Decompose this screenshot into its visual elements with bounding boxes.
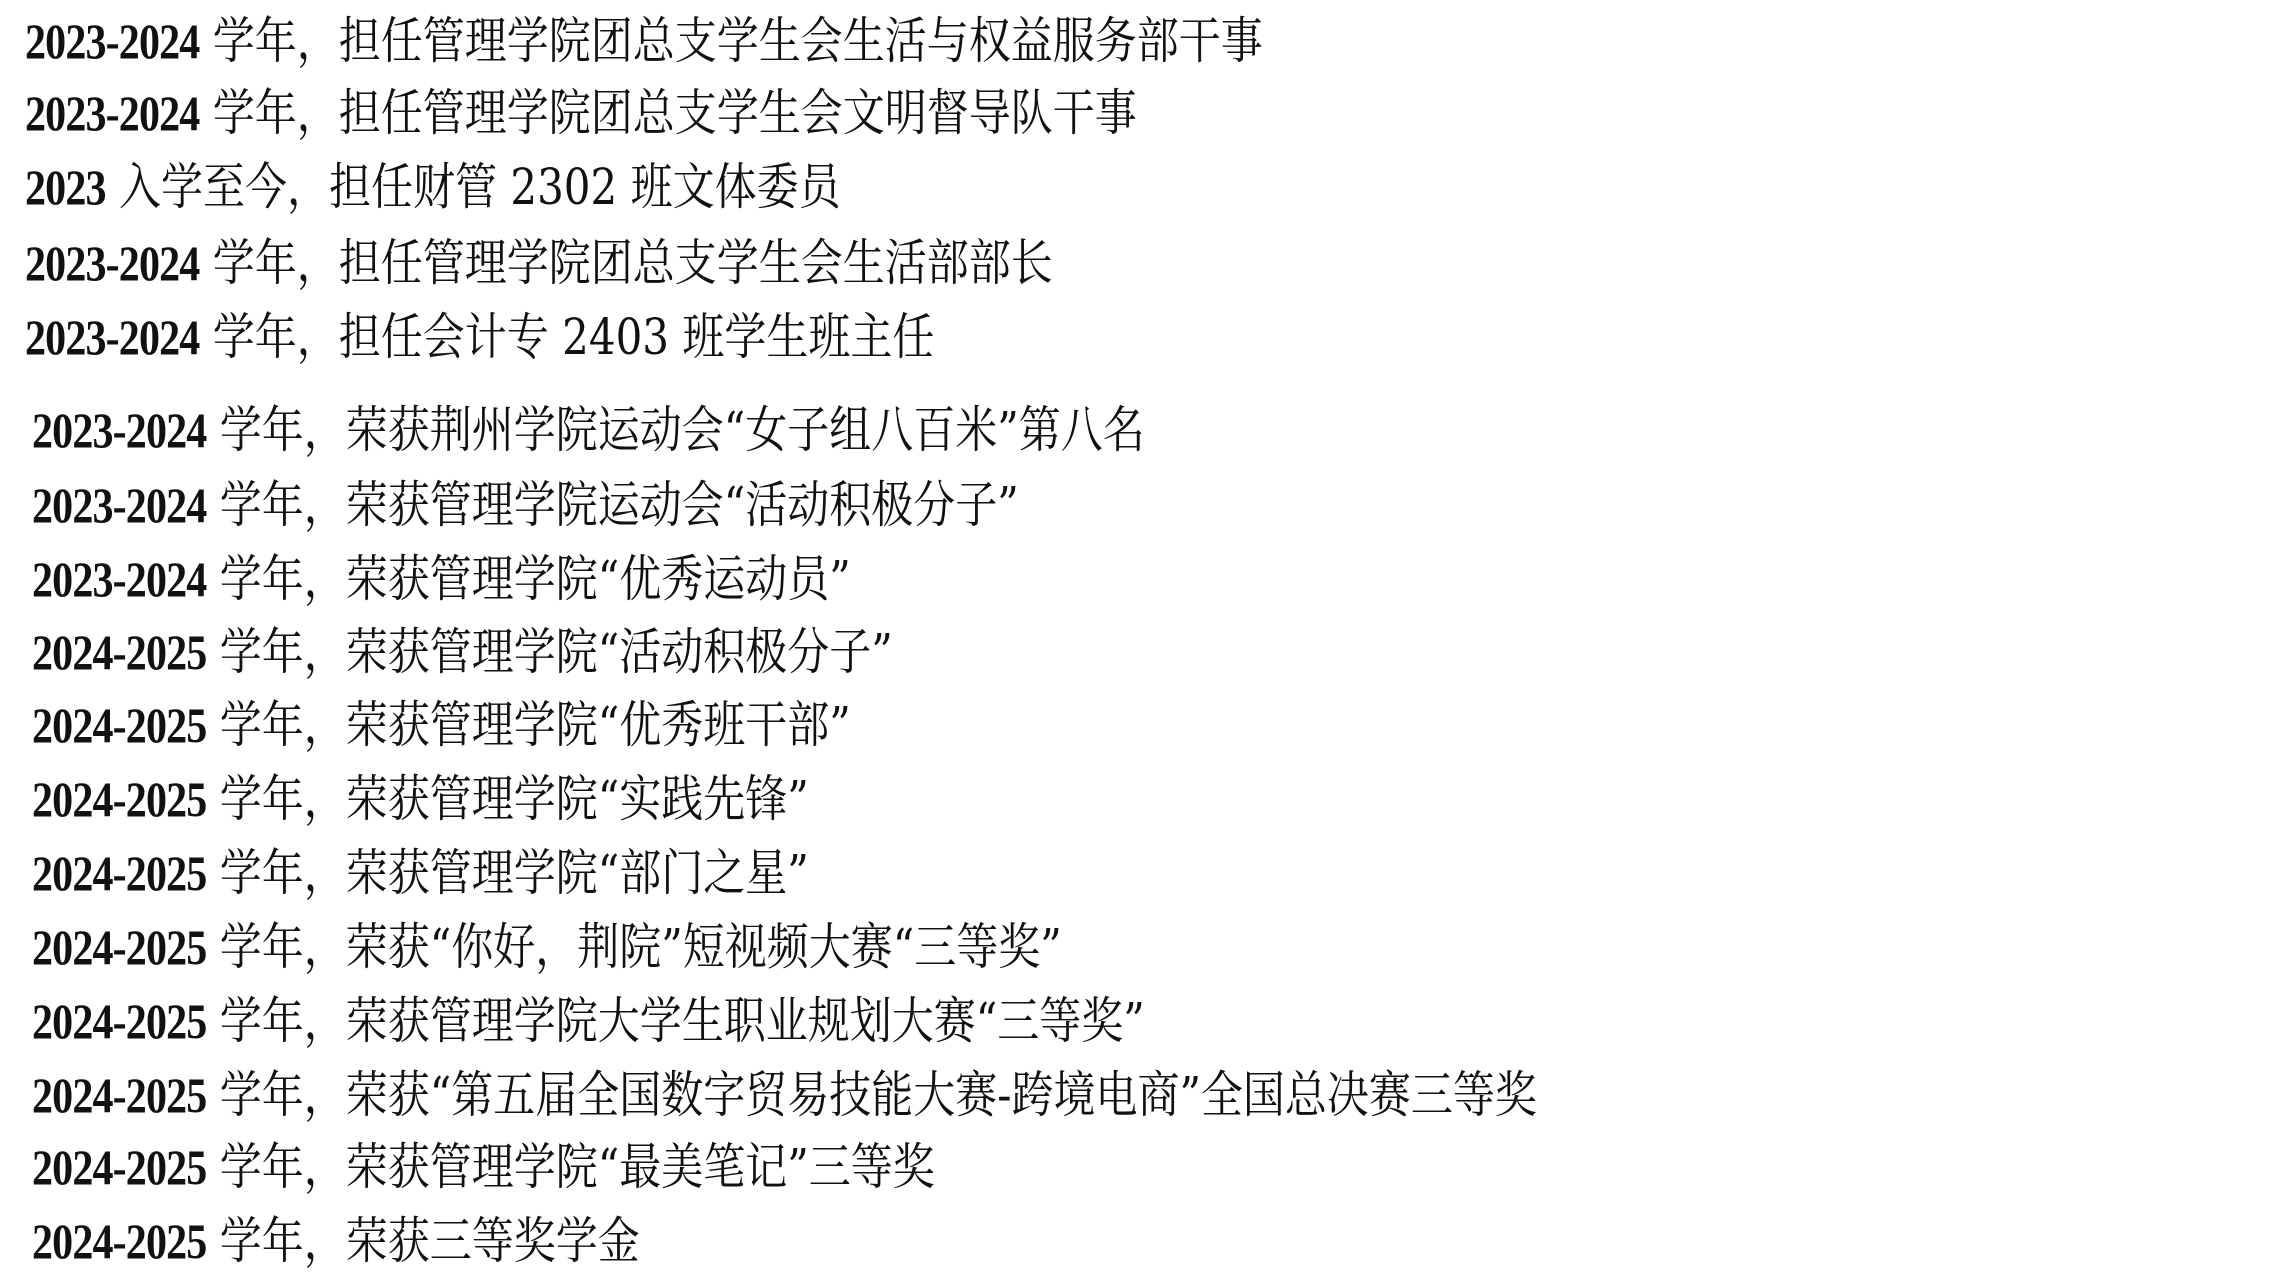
- position-text: 学年，担任管理学院团总支学生会生活部部长: [213, 234, 1053, 292]
- academic-year: 2023: [25, 159, 106, 215]
- position-text: 入学至今，担任财管 2302 班文体委员: [119, 158, 841, 216]
- academic-year: 2024-2025: [32, 697, 206, 753]
- academic-year: 2024-2025: [32, 771, 206, 827]
- position-text: 学年，担任会计专 2403 班学生班主任: [213, 308, 935, 366]
- honor-text: 学年，荣获三等奖学金: [220, 1212, 640, 1270]
- honor-text: 学年，荣获管理学院大学生职业规划大赛“三等奖”: [220, 992, 1145, 1050]
- honor-text: 学年，荣获荆州学院运动会“女子组八百米”第八名: [220, 401, 1145, 459]
- honor-line: 2024-2025 学年，荣获管理学院“活动积极分子”: [32, 622, 893, 682]
- academic-year: 2023-2024: [32, 551, 206, 607]
- honor-line: 2023-2024 学年，荣获管理学院“优秀运动员”: [32, 549, 851, 609]
- academic-year: 2024-2025: [32, 993, 206, 1049]
- honor-text: 学年，荣获管理学院“最美笔记”三等奖: [220, 1138, 935, 1196]
- position-line: 2023-2024 学年，担任管理学院团总支学生会生活部部长: [25, 233, 1053, 293]
- position-line: 2023-2024 学年，担任管理学院团总支学生会文明督导队干事: [25, 83, 1137, 143]
- academic-year: 2023-2024: [32, 477, 206, 533]
- document-page: 2023-2024 学年，担任管理学院团总支学生会生活与权益服务部干事 2023…: [0, 0, 2278, 1278]
- academic-year: 2024-2025: [32, 624, 206, 680]
- position-line: 2023-2024 学年，担任会计专 2403 班学生班主任: [25, 307, 934, 367]
- academic-year: 2024-2025: [32, 1139, 206, 1195]
- academic-year: 2023-2024: [25, 309, 199, 365]
- honor-line: 2024-2025 学年，荣获管理学院大学生职业规划大赛“三等奖”: [32, 991, 1145, 1051]
- honor-text: 学年，荣获管理学院“活动积极分子”: [220, 623, 893, 681]
- position-line: 2023-2024 学年，担任管理学院团总支学生会生活与权益服务部干事: [25, 11, 1263, 71]
- honor-line: 2024-2025 学年，荣获三等奖学金: [32, 1211, 640, 1271]
- honor-text: 学年，荣获管理学院“实践先锋”: [220, 770, 809, 828]
- academic-year: 2024-2025: [32, 845, 206, 901]
- position-line: 2023 入学至今，担任财管 2302 班文体委员: [25, 157, 841, 217]
- position-text: 学年，担任管理学院团总支学生会生活与权益服务部干事: [213, 12, 1263, 70]
- honor-text: 学年，荣获管理学院“优秀班干部”: [220, 696, 851, 754]
- honor-text: 学年，荣获“第五届全国数字贸易技能大赛-跨境电商”全国总决赛三等奖: [220, 1066, 1537, 1124]
- honor-text: 学年，荣获“你好，荆院”短视频大赛“三等奖”: [220, 918, 1062, 976]
- honor-text: 学年，荣获管理学院运动会“活动积极分子”: [220, 476, 1019, 534]
- position-text: 学年，担任管理学院团总支学生会文明督导队干事: [213, 84, 1137, 142]
- academic-year: 2024-2025: [32, 1213, 206, 1269]
- academic-year: 2024-2025: [32, 1067, 206, 1123]
- honor-line: 2024-2025 学年，荣获“第五届全国数字贸易技能大赛-跨境电商”全国总决赛…: [32, 1065, 1537, 1125]
- honor-line: 2024-2025 学年，荣获管理学院“实践先锋”: [32, 769, 809, 829]
- honor-text: 学年，荣获管理学院“部门之星”: [220, 844, 809, 902]
- honor-text: 学年，荣获管理学院“优秀运动员”: [220, 550, 851, 608]
- honor-line: 2024-2025 学年，荣获管理学院“优秀班干部”: [32, 695, 851, 755]
- academic-year: 2024-2025: [32, 919, 206, 975]
- academic-year: 2023-2024: [25, 13, 199, 69]
- academic-year: 2023-2024: [25, 235, 199, 291]
- academic-year: 2023-2024: [32, 402, 206, 458]
- honor-line: 2023-2024 学年，荣获管理学院运动会“活动积极分子”: [32, 475, 1019, 535]
- honor-line: 2024-2025 学年，荣获管理学院“部门之星”: [32, 843, 809, 903]
- honor-line: 2024-2025 学年，荣获管理学院“最美笔记”三等奖: [32, 1137, 935, 1197]
- honor-line: 2023-2024 学年，荣获荆州学院运动会“女子组八百米”第八名: [32, 400, 1145, 460]
- academic-year: 2023-2024: [25, 85, 199, 141]
- honor-line: 2024-2025 学年，荣获“你好，荆院”短视频大赛“三等奖”: [32, 917, 1062, 977]
